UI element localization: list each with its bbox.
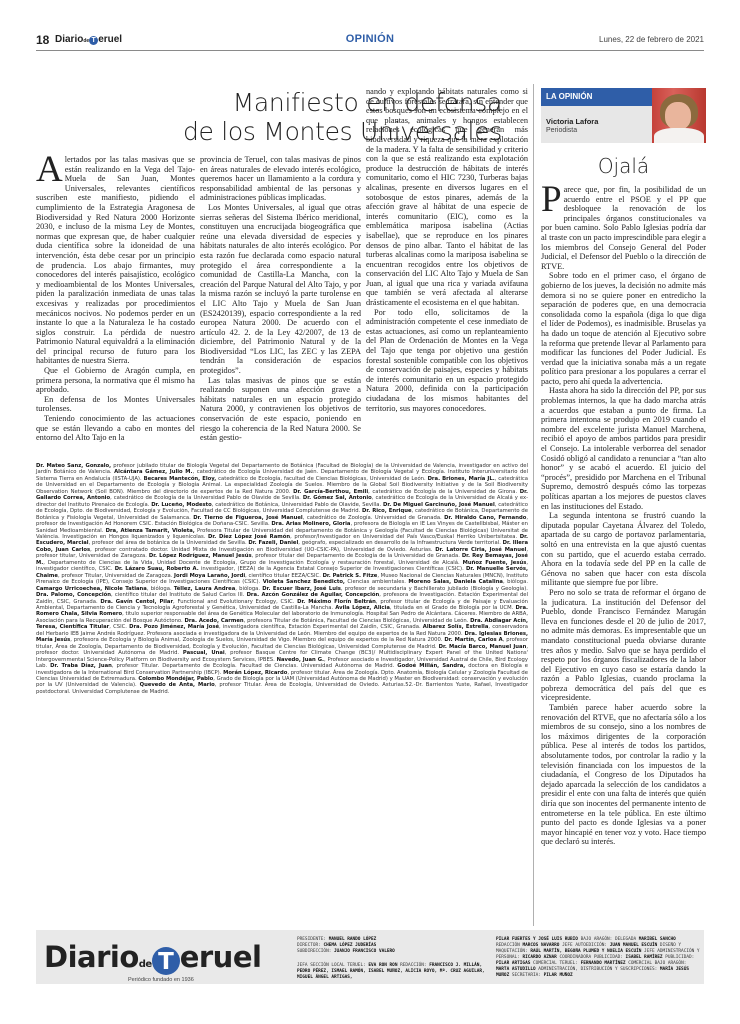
article-paragraph: La segunda intentona se frustró cuando l… — [541, 511, 706, 588]
signer-name: Navedo, Juan G. — [277, 657, 324, 663]
signer-description: , profesor Titular. Departamento de Ecol… — [112, 663, 397, 669]
signer-description: , CSIC. — [109, 624, 129, 630]
signer-description: , catedrático de Ecología de la Universi… — [110, 495, 303, 501]
signer-name: Dr. Escuer Ibarz, José Luis — [262, 586, 341, 592]
signer-description: , investigadora científica, Estación Exp… — [219, 624, 423, 630]
article-column-1: Alertados por las talas masivas que se e… — [36, 155, 195, 443]
article-paragraph: provincia de Teruel, con talas masivas d… — [200, 155, 361, 203]
signer-description: catedrático de Ecología, facultad de Cie… — [216, 476, 427, 482]
article-paragraph: Las talas masivas de pinos que se están … — [200, 376, 361, 443]
logo-t-icon: T — [152, 947, 180, 975]
issue-date: Lunes, 22 de febrero de 2021 — [599, 35, 704, 44]
signer-name: Dr. Rico, Enrique — [362, 508, 411, 514]
article-paragraph: Parece que, por fin, la posibilidad de u… — [541, 185, 706, 271]
signer-name: Dr. Macía Barco, Manuel Juan — [439, 644, 527, 650]
opinion-column: Parece que, por fin, la posibilidad de u… — [541, 185, 706, 847]
signer-description: , profesor Titular, Universidad de Zarag… — [58, 573, 174, 579]
signer-description: , profesor titular del Departamento de E… — [252, 553, 462, 559]
logo-tagline: Periódico fundado en 1936 — [128, 977, 194, 983]
article-paragraph: nando y explotando hábitats naturales co… — [366, 87, 528, 308]
signer-name: Dra. Acedo, Carmen — [184, 618, 243, 624]
author-role: Periodista — [546, 127, 577, 134]
signer-description: , bióloga. — [235, 586, 262, 592]
signer-description: , profesora Titular de Botánica, Faculta… — [244, 618, 471, 624]
signer-name: Albarez Solís, Estrella — [423, 624, 489, 630]
signer-name: Jordi Moya Laraño, Jordi — [174, 573, 245, 579]
newspaper-logo: DiariodeTeruel — [44, 940, 261, 975]
signer-description: , catedrático de Ecología de la Universi… — [368, 489, 520, 495]
staff-credits-2: Jefa sección local Teruel: Eva Ron Ron R… — [297, 963, 487, 981]
signer-name: Pascual, Unai — [183, 650, 225, 656]
signer-name: Becares Mantecón, Eloy, — [144, 476, 217, 482]
signer-description: , profesora de Ecología y Biología Anima… — [70, 637, 444, 643]
signer-name: Camargo Urricoechea, Nicole Tatiana — [36, 586, 147, 592]
signer-name: Dr. Gómez Sal, Antonio — [303, 495, 372, 501]
signer-name: Dra. Pozo Jiménez, María José — [129, 624, 219, 630]
article-paragraph: Teniendo conocimiento de las actuaciones… — [36, 414, 195, 443]
signer-name: Dr. Fazeli, Daniel — [248, 540, 298, 546]
staff-credits-3: Pilar Fuertes y José Luis Rubio Bajo Ara… — [496, 937, 701, 979]
signer-name: Dr. Luceño, Modesto — [151, 502, 212, 508]
article-paragraph: Los Montes Universales, al igual que otr… — [200, 203, 361, 376]
signer-name: Dr. López Rodríguez, Manuel Jesús — [149, 553, 252, 559]
signer-name: Morán López, Ricardo — [223, 670, 287, 676]
article-column-2: provincia de Teruel, con talas masivas d… — [200, 155, 361, 443]
article-paragraph: Pero no solo se trata de reformar el órg… — [541, 588, 706, 703]
signer-description: , Functional and Evolutionary Ecology, C… — [173, 599, 297, 605]
article-paragraph: Por todo ello, solicitamos de la adminis… — [366, 308, 528, 414]
article-column-3: nando y explotando hábitats naturales co… — [366, 87, 528, 413]
signer-name: Dra. Azcón González de Aguilar, Concepci… — [247, 592, 380, 598]
signer-description: , bióloga. — [147, 586, 174, 592]
signer-name: Dra, Atienza Tamarit, Violeta, — [106, 528, 195, 534]
article-paragraph: Que el Gobierno de Aragón cumpla, en pri… — [36, 366, 195, 395]
article-paragraph: Hasta ahora ha sido la dirección del PP,… — [541, 386, 706, 511]
signer-name: Violeta Sanchez Benedicto, — [263, 579, 345, 585]
signer-description: , profesor del área de botánica de la Un… — [89, 540, 249, 546]
column-divider — [533, 84, 534, 926]
signer-name: Dr. Traba Díaz, Juan — [50, 663, 112, 669]
opinion-title: Ojalá — [541, 154, 706, 178]
signer-name: Alcántara Gámez, Julio M. — [114, 469, 192, 475]
article-paragraph: Alertados por las talas masivas que se e… — [36, 155, 195, 366]
signer-description: , profesor contratado doctor. Unidad Mix… — [90, 547, 435, 553]
signer-name: Dr. García-Berthou, Emili — [293, 489, 368, 495]
article-paragraph: Sobre todo en el primer caso, el órgano … — [541, 271, 706, 386]
signer-name: Godoé Millán, Sandra, — [397, 663, 465, 669]
signer-description: , científico titular EEZA/CSIC. — [245, 573, 322, 579]
article-paragraph: En defensa de los Montes Universales tur… — [36, 395, 195, 414]
signer-name: Dr. Hiraldo Cano, Fernando — [444, 515, 526, 521]
signer-name: Dr. Tierno de Figueroa, José Manuel — [193, 515, 302, 521]
signatories-list: Dr. Mateo Sanz, Gonzalo, profesor jubila… — [36, 463, 528, 695]
signer-name: Dra. Briones, María JL. — [428, 476, 495, 482]
signer-description: , catedrático de Zoología. Universidad d… — [303, 515, 444, 521]
signer-name: Muñoz Fuente, Jesús — [463, 560, 527, 566]
signer-description: , geógrafo, especializado en desarrollo … — [298, 540, 502, 546]
signer-name: Dr. Martín, Carlos A — [444, 637, 502, 643]
signer-name: Moreno Salas, Daniela Catalina — [408, 579, 503, 585]
signer-description: , Departamento de Ciencias de la Vida, U… — [43, 560, 462, 566]
signer-name: Dr. Lázaro Suau, Roberto A. — [115, 566, 199, 572]
signer-name: Quevedo de Anta, Mario — [140, 682, 215, 688]
signer-description: investigador, (EEZA) de la Agencia Estat… — [199, 566, 466, 572]
signer-name: Dr. De Miguel Garcinuño, José Manuel — [383, 502, 495, 508]
signer-description: , científico titular del Instituto de Sa… — [111, 592, 247, 598]
opinion-tag: LA OPINIÓN — [541, 88, 652, 106]
signer-description: Ciencias ambientales. — [345, 579, 408, 585]
signer-description: , profesor de secundaria y Bachillerato … — [341, 586, 528, 592]
signer-name: Dra. Palomo, Concepción — [36, 592, 111, 598]
author-photo — [652, 88, 706, 143]
signer-name: Dr. Máximo Florín Beltrán — [297, 599, 376, 605]
staff-credits-1: Presidente: Manuel Rando López Director:… — [297, 937, 487, 955]
article-paragraph: También parece haber acuerdo sobre la re… — [541, 703, 706, 847]
page-header: 18 DiariodeTeruel OPINIÓN Lunes, 22 de f… — [36, 33, 704, 51]
signer-name: Dra. Arias Molinero, Gloria — [271, 521, 350, 527]
author-name: Victoria Lafora — [546, 117, 598, 126]
drop-cap: P — [541, 186, 564, 214]
signer-description: , catedrático de Botánica, Universidad P… — [212, 502, 383, 508]
signer-name: Dr. Latorre Ciria, José Manuel — [435, 547, 526, 553]
signer-name: Dra. Gavín Centol, Pilar — [100, 599, 173, 605]
signer-name: Dr. Patrick S. Fitze — [323, 573, 378, 579]
signer-description: , bióloga. — [503, 579, 528, 585]
signer-name: Téllez, Laura Andrea — [174, 586, 235, 592]
drop-cap: A — [36, 156, 65, 184]
